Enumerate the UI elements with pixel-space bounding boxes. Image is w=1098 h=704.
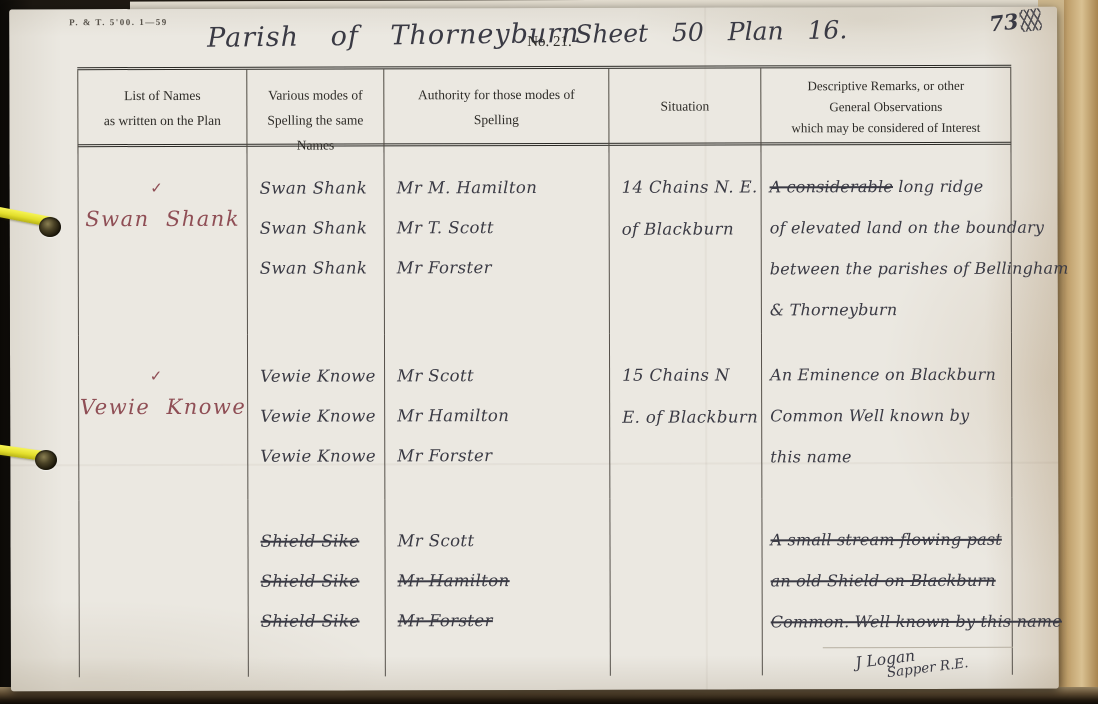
spellings-cell: Swan ShankSwan ShankSwan Shank	[247, 146, 384, 334]
spelling-entry: Shield Sike	[261, 569, 381, 593]
header-line: Authority for those modes of	[384, 82, 608, 108]
plan-name-text: Vewie Knowe	[80, 395, 246, 419]
crossed-out-number-scribble	[1019, 8, 1042, 32]
remarks-cell: A small stream flowing pastan old Shield…	[762, 498, 1012, 676]
table-row: ✓Swan ShankSwan ShankSwan ShankSwan Shan…	[77, 145, 1011, 335]
situation-line: 14 Chains N. E.	[622, 175, 757, 199]
authority-entry: Mr Scott	[397, 529, 605, 554]
checkmark-icon: ✓	[150, 179, 163, 198]
header-line: Spelling	[384, 107, 608, 133]
remarks-line: Common. Well known by this name	[771, 610, 1008, 635]
parish-title: Parish of Thorneyburn	[207, 18, 580, 54]
authority-entry: Mr Forster	[398, 609, 606, 634]
authority-entry: Mr T. Scott	[397, 216, 605, 241]
remarks-line: of elevated land on the boundary	[770, 216, 1007, 241]
spellings-cell: Shield SikeShield SikeShield Sike	[248, 499, 385, 676]
spelling-entry: Vewie Knowe	[260, 444, 380, 468]
situation-line: 15 Chains N	[622, 363, 757, 387]
scanned-name-book-page: P. & T. 5'00. 1—59 Parish of Thorneyburn…	[0, 0, 1098, 704]
spelling-entry: Vewie Knowe	[260, 364, 380, 388]
remarks-cell: A considerable long ridgeof elevated lan…	[761, 145, 1011, 334]
spelling-entry: Swan Shank	[260, 256, 380, 280]
spelling-entry: Shield Sike	[261, 609, 381, 633]
spelling-entry: Swan Shank	[260, 176, 380, 200]
authority-entry: Mr Scott	[397, 364, 605, 389]
table-row: ✓Vewie KnoweVewie KnoweVewie KnoweVewie …	[78, 333, 1012, 500]
name-cell	[78, 500, 248, 677]
remarks-line: A small stream flowing past	[770, 528, 1007, 553]
authorities-cell: Mr M. HamiltonMr T. ScottMr Forster	[384, 146, 609, 335]
header-authority: Authority for those modes of Spelling	[384, 69, 609, 158]
paper-sheet: P. & T. 5'00. 1—59 Parish of Thorneyburn…	[9, 7, 1059, 692]
remarks-line: A considerable long ridge	[770, 175, 1007, 200]
authority-entry: Mr Hamilton	[398, 569, 606, 594]
spelling-entry: Vewie Knowe	[260, 404, 380, 428]
situation-line: of Blackburn	[622, 217, 757, 241]
page-number: 73	[988, 8, 1020, 36]
authority-entry: Mr Forster	[397, 256, 605, 281]
remarks-line: an old Shield on Blackburn	[771, 569, 1008, 594]
remarks-line: Common Well known by	[770, 404, 1007, 429]
header-modes-of-spelling: Various modes of Spelling the same Names	[247, 69, 384, 157]
authority-entry: Mr M. Hamilton	[397, 176, 605, 201]
table-body: ✓Swan ShankSwan ShankSwan ShankSwan Shan…	[77, 145, 1012, 677]
header-line: List of Names	[78, 83, 246, 108]
authorities-cell: Mr ScottMr HamiltonMr Forster	[385, 334, 610, 500]
name-cell: ✓Swan Shank	[77, 147, 247, 335]
checkmark-icon: ✓	[150, 367, 163, 386]
page-number-group: 73	[988, 6, 1043, 36]
plan-name: ✓Vewie Knowe	[80, 395, 246, 435]
header-line: Situation	[609, 93, 760, 118]
printed-form-code: P. & T. 5'00. 1—59	[69, 17, 168, 27]
header-line: General Observations	[761, 96, 1010, 118]
binding-eyelet	[35, 450, 57, 470]
sheet-plan-label: Sheet 50 Plan 16.	[575, 15, 848, 49]
remarks-line: An Eminence on Blackburn	[770, 363, 1007, 388]
plan-name-text: Swan Shank	[85, 207, 240, 231]
spellings-cell: Vewie KnoweVewie KnoweVewie Knowe	[248, 334, 385, 499]
situation-cell	[610, 498, 762, 675]
situation-cell: 15 Chains NE. of Blackburn	[610, 333, 762, 498]
remarks-cell: An Eminence on BlackburnCommon Well know…	[762, 333, 1012, 499]
header-line: Descriptive Remarks, or other	[761, 75, 1010, 97]
name-book-table: List of Names as written on the Plan Var…	[77, 65, 1013, 677]
situation-cell: 14 Chains N. E.of Blackburn	[609, 145, 761, 333]
authority-entry: Mr Hamilton	[397, 404, 605, 429]
header-situation: Situation	[609, 68, 761, 156]
situation-line: E. of Blackburn	[622, 405, 757, 429]
plan-name: ✓Swan Shank	[85, 207, 240, 247]
header-descriptive-remarks: Descriptive Remarks, or other General Ob…	[761, 68, 1011, 157]
header-line: Various modes of	[247, 82, 383, 107]
remarks-line: & Thorneyburn	[770, 298, 1007, 323]
header-list-of-names: List of Names as written on the Plan	[77, 70, 247, 158]
table-row: Shield SikeShield SikeShield SikeMr Scot…	[78, 498, 1012, 677]
table-header-row: List of Names as written on the Plan Var…	[77, 65, 1011, 147]
remarks-line: between the parishes of Bellingham	[770, 257, 1007, 282]
book-number-label: No. 21.	[527, 34, 572, 51]
remarks-line: this name	[770, 445, 1007, 470]
header-line: as written on the Plan	[78, 108, 246, 133]
name-cell: ✓Vewie Knowe	[78, 335, 248, 500]
header-line: which may be considered of Interest	[761, 117, 1010, 139]
spelling-entry: Swan Shank	[260, 216, 380, 240]
binding-eyelet	[39, 217, 61, 237]
spelling-entry: Shield Sike	[260, 529, 380, 553]
authority-entry: Mr Forster	[397, 444, 605, 469]
authorities-cell: Mr ScottMr HamiltonMr Forster	[385, 499, 610, 677]
